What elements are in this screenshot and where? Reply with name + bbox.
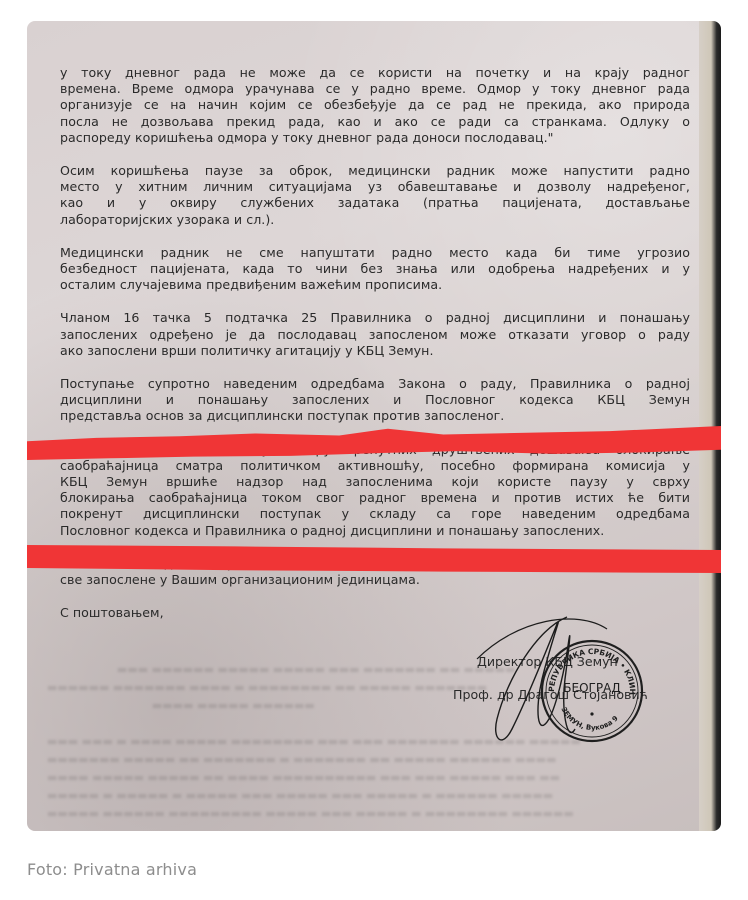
text-line: распореду коришћења одмора у току дневно… [60, 130, 690, 146]
paragraph-article-16: Чланом 16 тачка 5 подтачка 25 Правилника… [60, 310, 690, 359]
svg-text:БЕОГРАД: БЕОГРАД [563, 681, 620, 695]
text-line: саобраћајница сматра политичком активнош… [60, 458, 690, 474]
text-line: лабораторијских узорака и сл.). [60, 212, 690, 228]
text-line: времена. Време одмора урачунава се у рад… [60, 81, 690, 97]
text-line: КБЦ Земун вршиће надзор над запосленима … [60, 474, 690, 490]
text-line: Пословног кодекса и Правилника о радној … [60, 523, 690, 539]
text-line: Осим коришћења паузе за оброк, медицинск… [60, 163, 690, 179]
text-line: Поступање супротно наведеним одредбама З… [60, 376, 690, 392]
svg-text:ЗЕМУН, Вукова 9: ЗЕМУН, Вукова 9 [559, 706, 619, 732]
document-body: у току дневног рада не може да се корист… [60, 65, 690, 621]
text-line: покренут дисциплински поступак у складу … [60, 506, 690, 522]
text-line: Чланом 16 тачка 5 подтачка 25 Правилника… [60, 310, 690, 326]
paragraph-break-rules: у току дневног рада не може да се корист… [60, 65, 690, 146]
text-line: у току дневног рада не може да се корист… [60, 65, 690, 81]
paragraph-leaving-workplace: Осим коришћења паузе за оброк, медицинск… [60, 163, 690, 228]
photo-caption: Foto: Privatna arhiva [27, 860, 197, 879]
text-line: као и у оквиру службених задатака (пратњ… [60, 195, 690, 211]
paragraph-prohibition: Медицински радник не сме напуштати радно… [60, 245, 690, 294]
document-photo: у току дневног рада не може да се корист… [27, 21, 721, 831]
text-line: представља основ за дисциплински поступа… [60, 408, 690, 424]
signature-block: Директор КБЦ Земун Проф. др Драгош Стоја… [437, 639, 697, 779]
text-line: место у хитним личним ситуацијама уз оба… [60, 179, 690, 195]
text-line: дисциплини и понашању запослених и Посло… [60, 392, 690, 408]
text-line: блокирања саобраћајница током свог радно… [60, 490, 690, 506]
text-line: запослених одређено је да послодавац зап… [60, 327, 690, 343]
paragraph-violation: Поступање супротно наведеним одредбама З… [60, 376, 690, 425]
text-line: безбедност пацијената, када то чини без … [60, 261, 690, 277]
text-line: Медицински радник не сме напуштати радно… [60, 245, 690, 261]
official-stamp-icon: РЕПУБЛИКА СРБИЈА • КЛИНИЧКО-БОЛНИЧКИ ЦЕН… [537, 634, 647, 744]
text-line: ако запослени врши политичку агитацију у… [60, 343, 690, 359]
text-line: посла не дозвољава прекид рада, као и ак… [60, 114, 690, 130]
text-line: све запослене у Вашим организационим јед… [60, 572, 690, 588]
text-line: осталим случајевима предвиђеним важећим … [60, 277, 690, 293]
text-line: организује се на начин којим се обезбеђу… [60, 97, 690, 113]
